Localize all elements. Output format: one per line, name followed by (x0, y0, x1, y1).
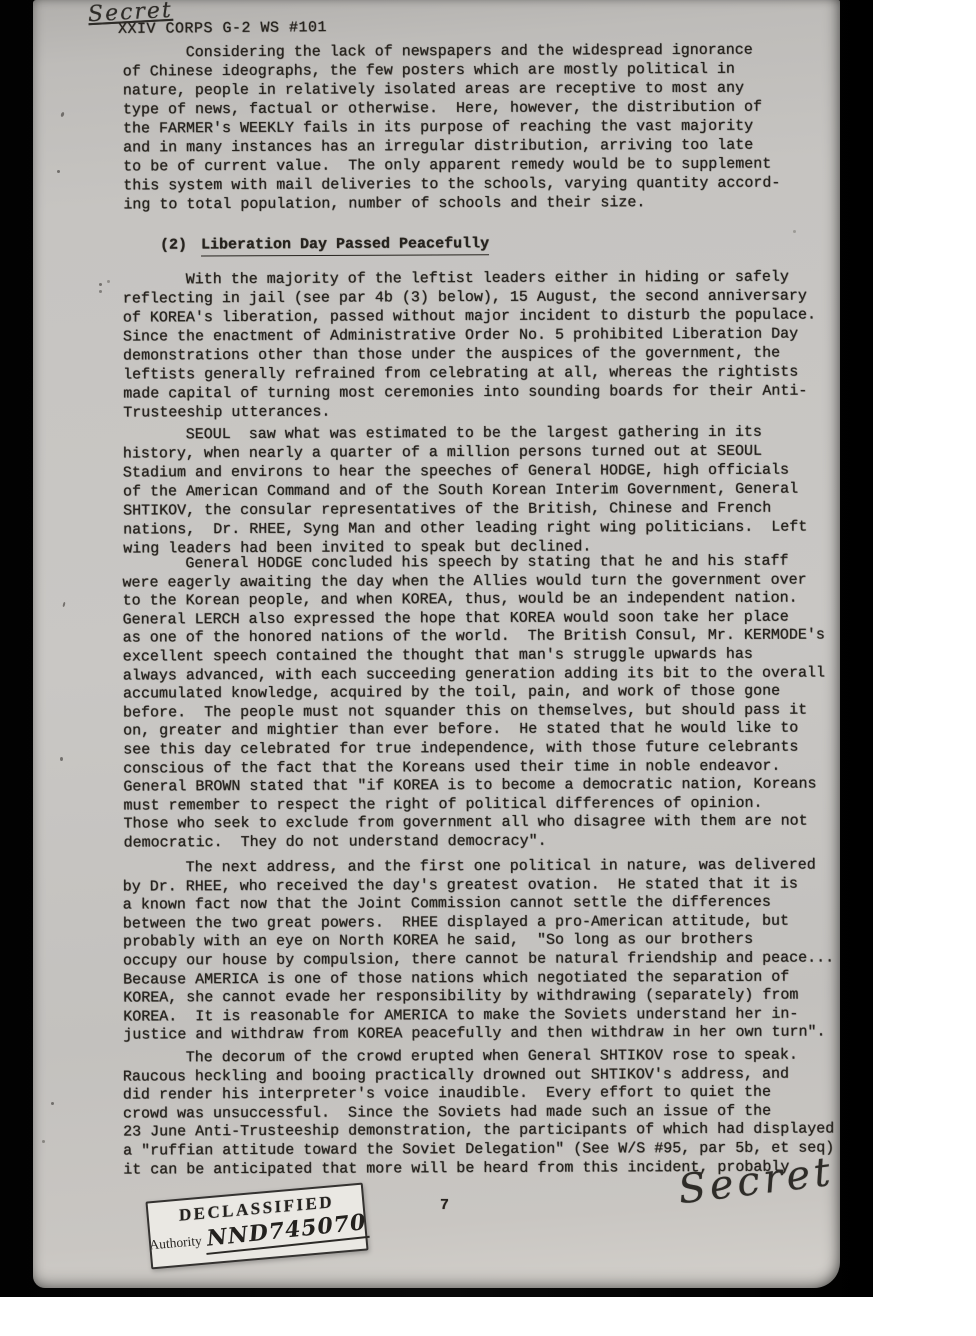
paragraph-rhee-address: The next address, and the first one poli… (123, 856, 835, 1045)
stamp-authority-label: Authority (149, 1233, 203, 1254)
section-heading-number: (2) (160, 237, 187, 254)
scan-artifact (99, 283, 102, 286)
document-page: Secret XXIV CORPS G-2 WS #101 Considerin… (33, 0, 840, 1288)
declassified-stamp: DECLASSIFIED Authority NND745070 (145, 1183, 368, 1270)
scan-artifact (793, 230, 796, 233)
scanned-document-photo: Secret XXIV CORPS G-2 WS #101 Considerin… (0, 0, 873, 1297)
scan-artifact (60, 757, 63, 761)
document-id: XXIV CORPS G-2 WS #101 (118, 18, 327, 39)
paragraph-shtikov-heckling: The decorum of the crowd erupted when Ge… (123, 1046, 835, 1179)
scan-artifact (51, 1102, 54, 1105)
paragraph-hodge-speech: General HODGE concluded his speech by st… (122, 552, 825, 853)
section-heading: (2)Liberation Day Passed Peacefully (160, 234, 489, 256)
scan-artifact (60, 112, 65, 118)
section-heading-title: Liberation Day Passed Peacefully (201, 234, 489, 256)
scan-artifact (57, 170, 60, 173)
page-number: 7 (440, 1197, 449, 1214)
paragraph-newspapers: Considering the lack of newspapers and t… (123, 41, 781, 215)
scan-artifact (62, 602, 65, 607)
book-page: Secret XXIV CORPS G-2 WS #101 Considerin… (0, 0, 976, 1336)
paragraph-liberation-day: With the majority of the leftist leaders… (123, 267, 817, 422)
paragraph-seoul-gathering: SEOUL saw what was estimated to be the l… (123, 423, 808, 559)
